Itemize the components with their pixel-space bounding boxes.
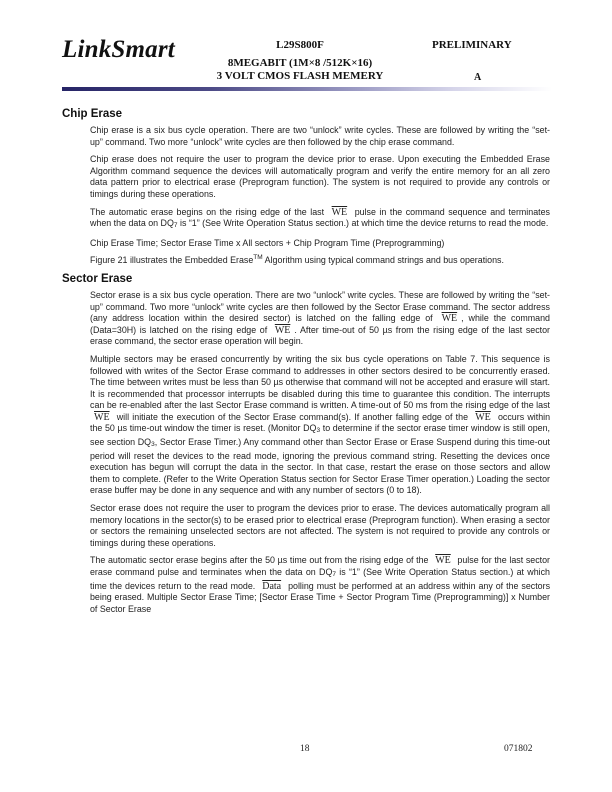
paragraph: Chip erase does not require the user to … (90, 154, 550, 200)
we-signal-overline: WE (328, 207, 352, 218)
company-logo: LinkSmart (62, 36, 175, 64)
we-signal-overline: WE (90, 412, 114, 423)
datasheet-page: LinkSmart L29S800F 8MEGABIT (1M×8 /512K×… (0, 0, 612, 792)
page-number: 18 (300, 744, 310, 754)
paragraph: Sector erase does not require the user t… (90, 503, 550, 549)
header-gradient-divider (62, 87, 552, 91)
we-signal-overline: WE (431, 555, 455, 566)
page-content: Chip Erase Chip erase is a six bus cycle… (62, 108, 550, 621)
revision-label: A (474, 72, 481, 83)
data-signal-overline: Data (258, 581, 285, 592)
description-line-2: 3 VOLT CMOS FLASH MEMERY (200, 70, 400, 83)
trademark-superscript: TM (253, 254, 262, 261)
we-signal-overline: WE (471, 412, 495, 423)
paragraph: The automatic sector erase begins after … (90, 555, 550, 615)
paragraph: Chip Erase Time; Sector Erase Time x All… (90, 238, 550, 250)
we-signal-overline: WE (271, 325, 295, 336)
section-heading-sector-erase: Sector Erase (62, 273, 550, 285)
description-line-1: 8MEGABIT (1M×8 /512K×16) (200, 57, 400, 70)
we-signal-overline: WE (438, 313, 462, 324)
paragraph: Chip erase is a six bus cycle operation.… (90, 125, 550, 148)
paragraph: Figure 21 illustrates the Embedded Erase… (90, 255, 550, 267)
paragraph: Sector erase is a six bus cycle operatio… (90, 290, 550, 348)
header-title-block: L29S800F 8MEGABIT (1M×8 /512K×16) 3 VOLT… (200, 39, 400, 83)
status-label: PRELIMINARY (432, 39, 512, 51)
document-code: 071802 (504, 744, 533, 754)
part-number: L29S800F (200, 39, 400, 52)
section-heading-chip-erase: Chip Erase (62, 108, 550, 120)
paragraph: The automatic erase begins on the rising… (90, 207, 550, 232)
paragraph: Multiple sectors may be erased concurren… (90, 354, 550, 497)
